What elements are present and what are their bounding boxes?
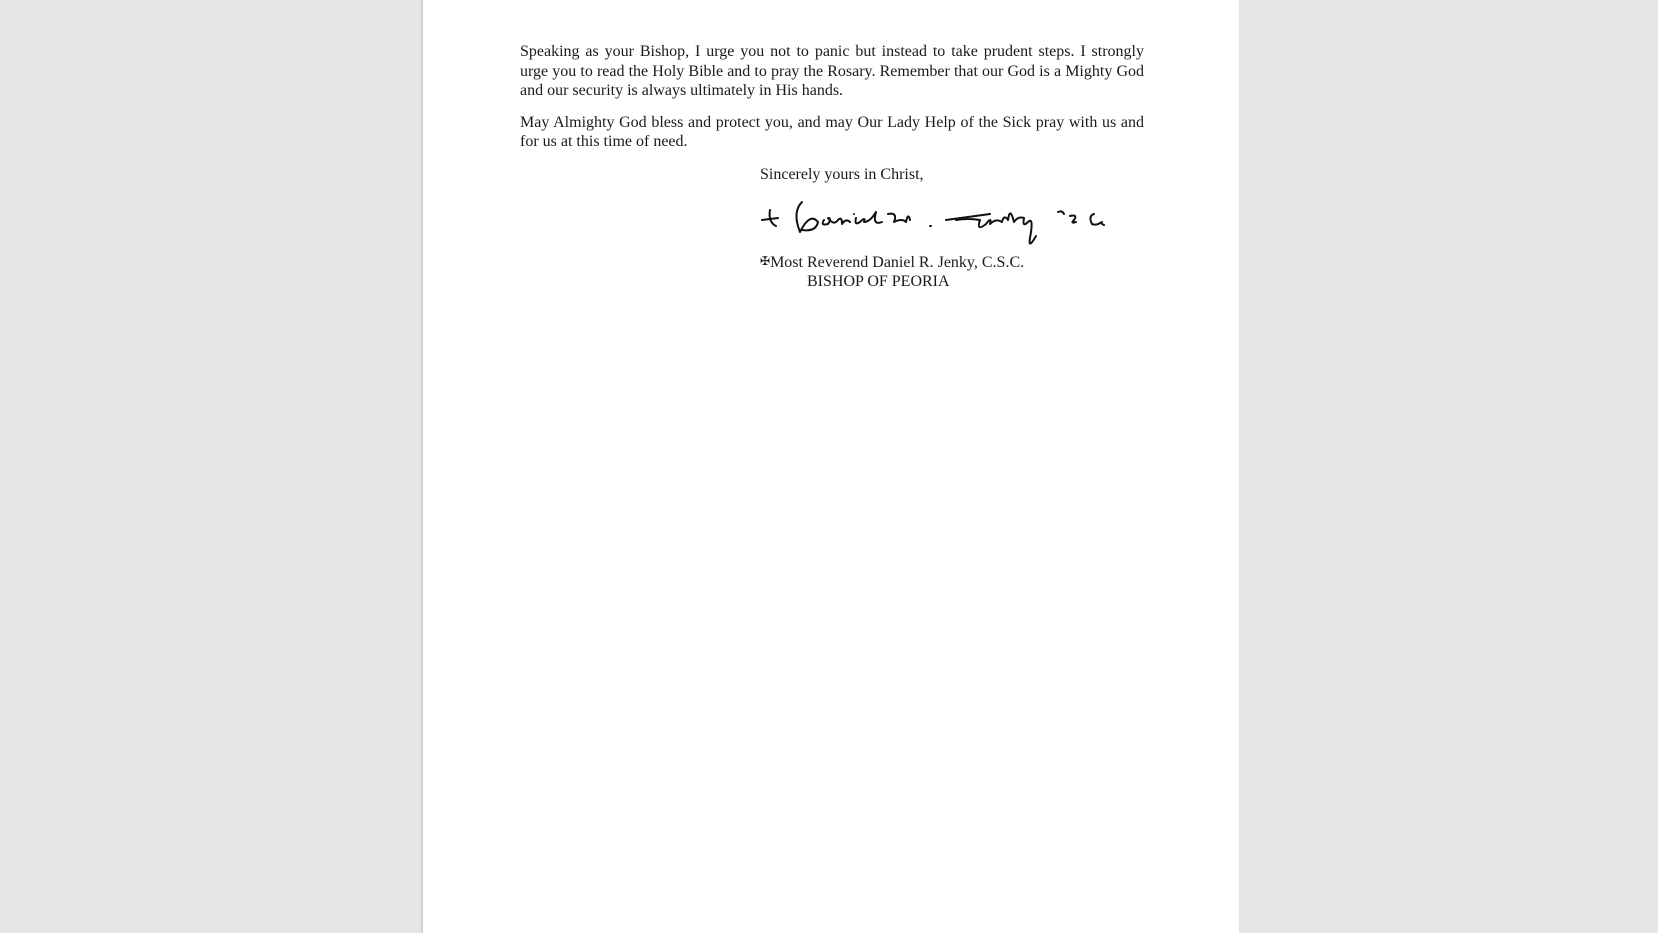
paragraph: May Almighty God bless and protect you, …	[520, 113, 1144, 152]
signer-name: Most Reverend Daniel R. Jenky, C.S.C.	[770, 254, 1024, 271]
paragraph: Speaking as your Bishop, I urge you not …	[520, 42, 1144, 101]
signature-icon	[758, 192, 1138, 254]
signer-block: ✠Most Reverend Daniel R. Jenky, C.S.C. B…	[760, 252, 1024, 291]
signer-name-line: ✠Most Reverend Daniel R. Jenky, C.S.C.	[760, 252, 1024, 272]
letter-body: Speaking as your Bishop, I urge you not …	[520, 42, 1144, 164]
document-page: Speaking as your Bishop, I urge you not …	[421, 0, 1239, 933]
closing: Sincerely yours in Christ,	[760, 166, 924, 184]
signer-title: BISHOP OF PEORIA	[760, 272, 1024, 291]
cross-icon: ✠	[760, 254, 770, 268]
